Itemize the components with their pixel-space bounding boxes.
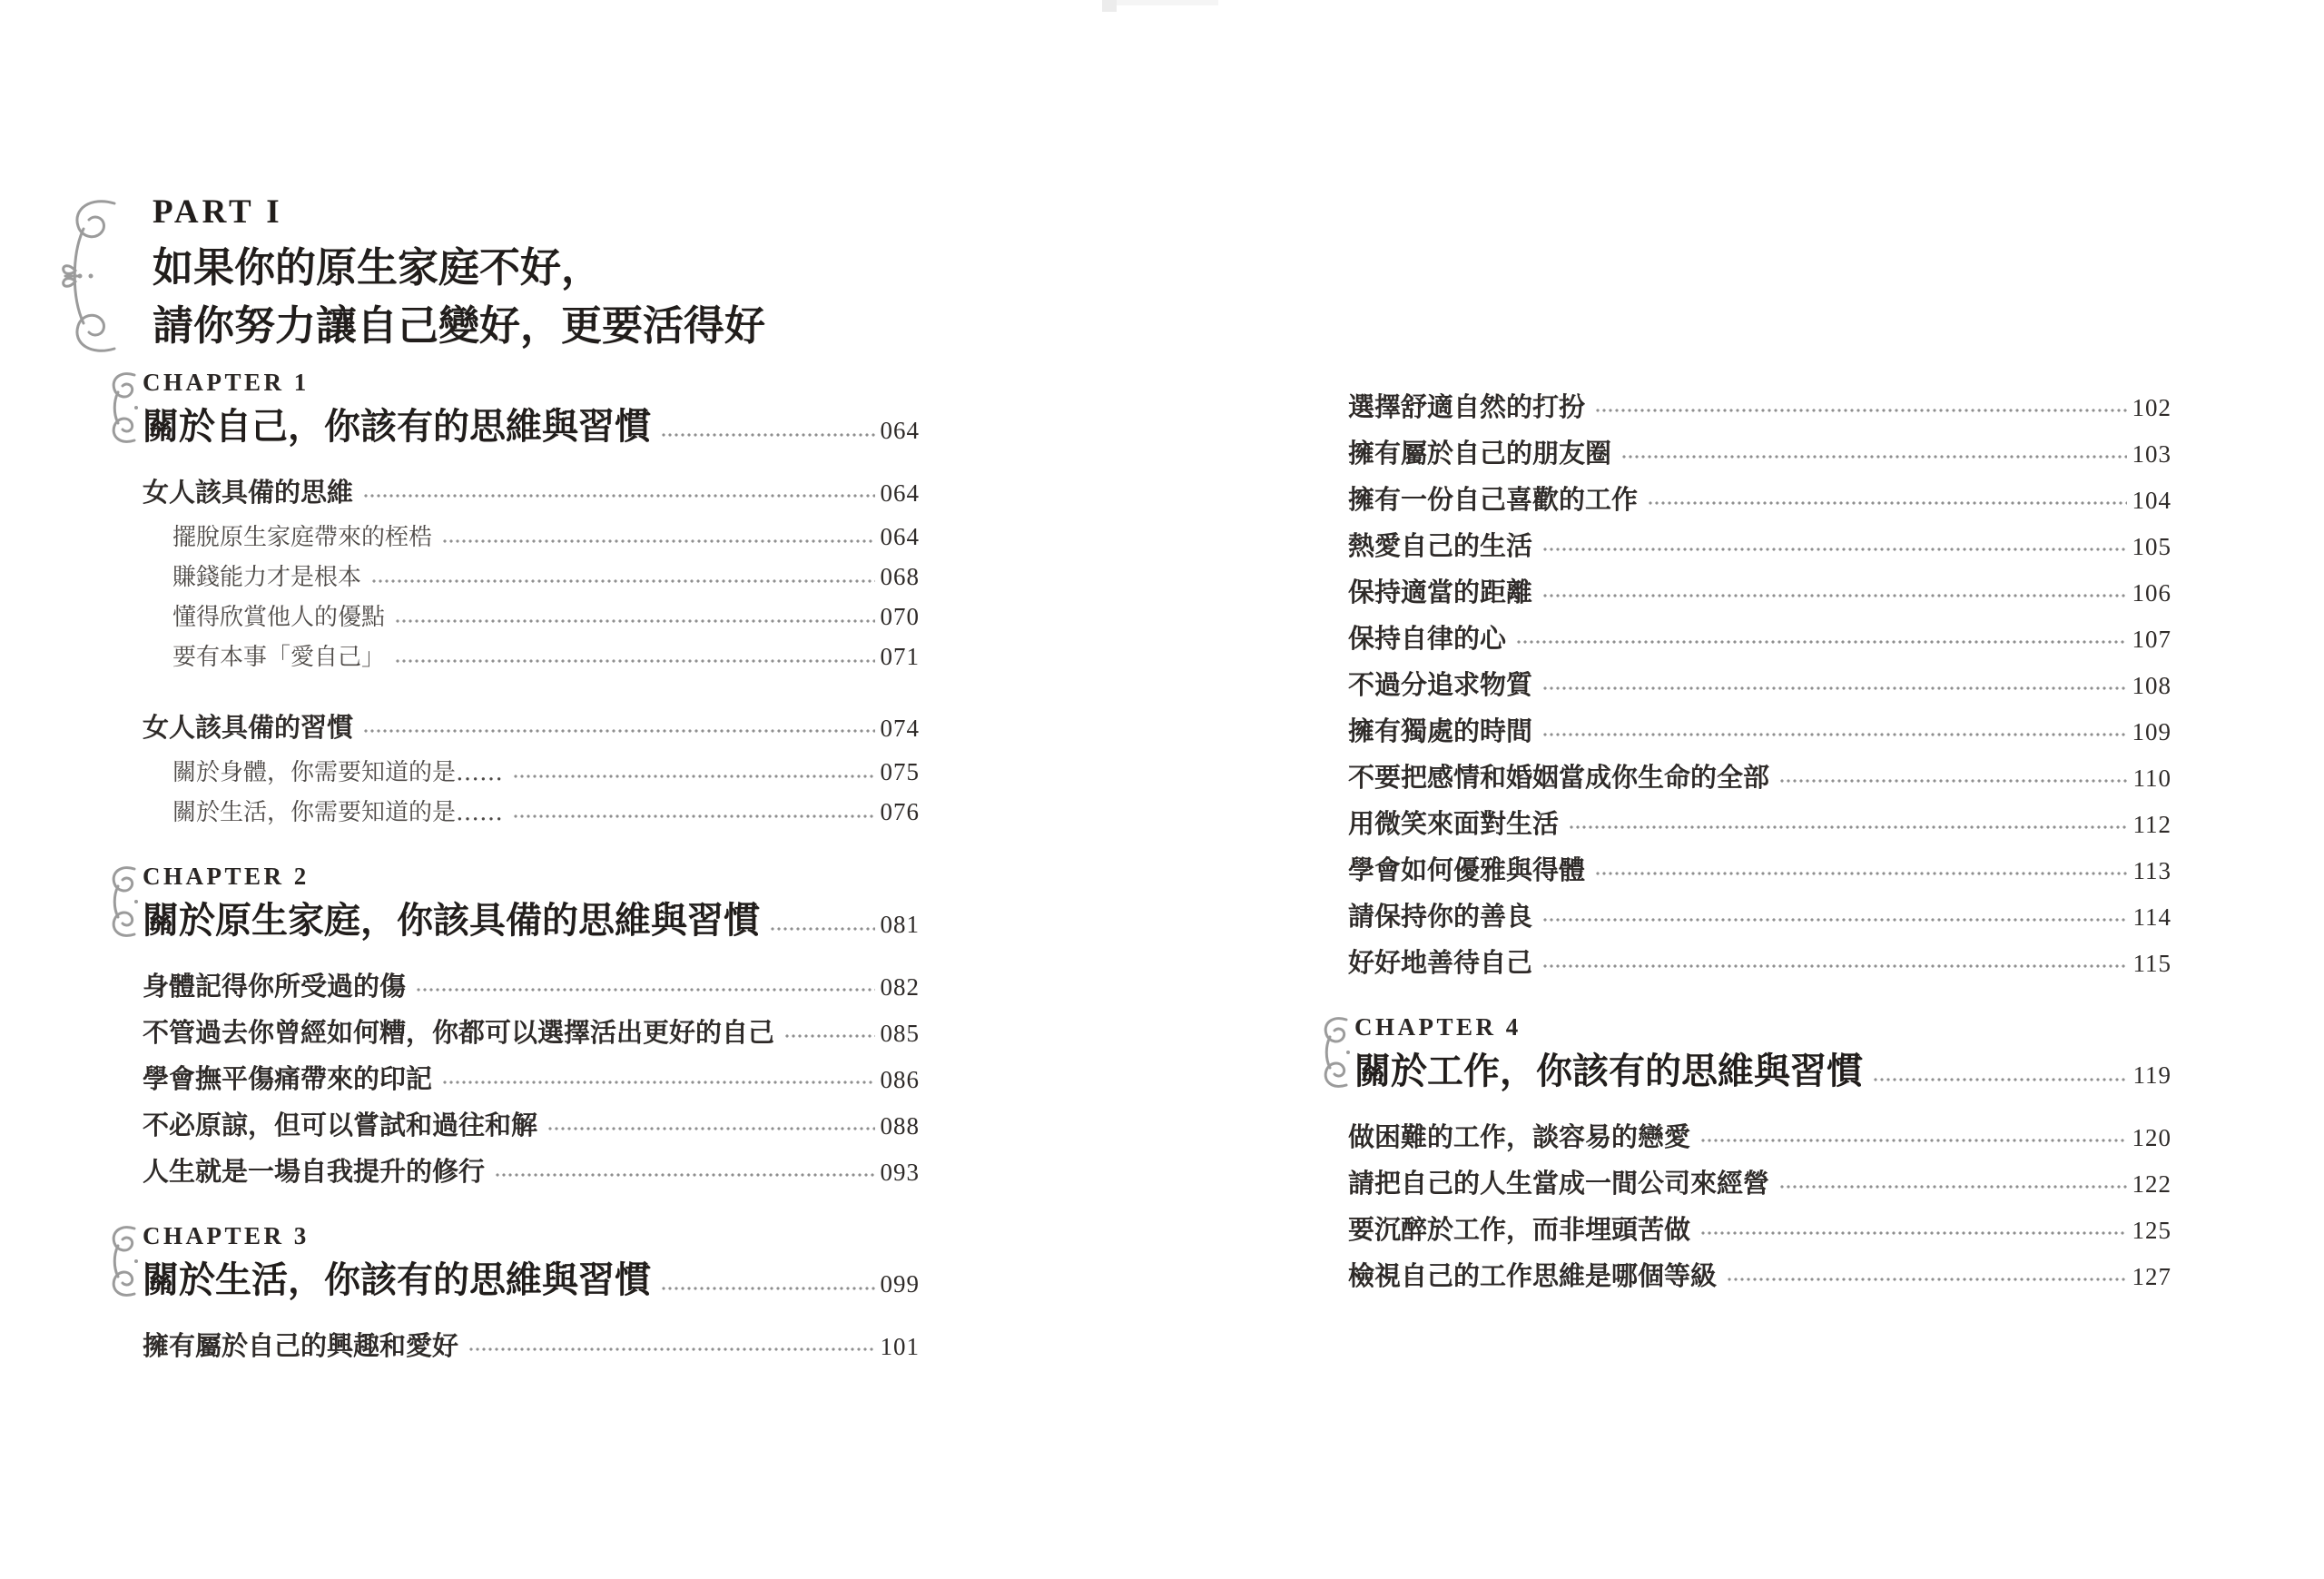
toc-entry: 做困難的工作，談容易的戀愛 120 (1321, 1120, 2171, 1153)
toc-entry-title: 不必原諒，但可以嘗試和過往和解 (143, 1109, 537, 1141)
chapter-ornament-icon (1321, 1015, 1354, 1095)
page-number: 114 (2133, 903, 2172, 932)
toc-entry-title: 學會如何優雅與得體 (1348, 854, 1585, 886)
chapter-label: CHAPTER 4 (1354, 1012, 2171, 1042)
page-number: 122 (2132, 1170, 2172, 1199)
toc-entry-title: 保持適當的距離 (1348, 576, 1532, 608)
toc-entry: 賺錢能力才是根本 068 (109, 562, 920, 593)
page-number: 105 (2132, 533, 2172, 561)
chapter-label: CHAPTER 1 (143, 367, 920, 398)
toc-entry: 女人該具備的思維 064 (109, 476, 920, 508)
toc-entry: 人生就是一場自我提升的修行 093 (109, 1155, 920, 1188)
toc-page: PART I 如果你的原生家庭不好， 請你努力讓自己變好，更要活得好 CHAPT… (0, 0, 2324, 1579)
toc-entry-title: 身體記得你所受過的傷 (143, 970, 406, 1002)
page-number: 120 (2132, 1124, 2172, 1152)
dotted-leader (785, 1034, 874, 1038)
dotted-leader (443, 1081, 874, 1084)
page-number: 082 (881, 973, 921, 1002)
toc-entry-title: 熱愛自己的生活 (1348, 529, 1532, 562)
dotted-leader (1570, 825, 2127, 829)
toc-entry: 檢視自己的工作思維是哪個等級 127 (1321, 1259, 2171, 1292)
chapter-ornament-icon (109, 370, 143, 450)
toc-chapter-entry: CHAPTER 2 關於原生家庭，你該具備的思維與習慣 081 (109, 861, 920, 944)
toc-entry: 懂得欣賞他人的優點 070 (109, 602, 920, 633)
toc-entry: 擁有獨處的時間 109 (1321, 715, 2171, 747)
dotted-leader (443, 539, 874, 543)
page-number: 064 (881, 479, 921, 508)
chapter-label: CHAPTER 2 (143, 861, 920, 892)
toc-entry-title: 選擇舒適自然的打扮 (1348, 390, 1585, 423)
part-title-line2: 請你努力讓自己變好，更要活得好 (153, 297, 765, 355)
toc-entry: 身體記得你所受過的傷 082 (109, 970, 920, 1002)
toc-entry-title: 要有本事「愛自己」 (172, 642, 385, 673)
dotted-leader (417, 988, 874, 992)
toc-entry-title: 檢視自己的工作思維是哪個等級 (1348, 1259, 1717, 1292)
dotted-leader (1780, 779, 2127, 783)
toc-entry-title: 懂得欣賞他人的優點 (172, 602, 385, 633)
toc-entry: 擺脫原生家庭帶來的桎梏 064 (109, 522, 920, 553)
dotted-leader (662, 433, 875, 437)
chapter-ornament-icon (109, 1224, 143, 1304)
toc-column-right: 選擇舒適自然的打扮 102 擁有屬於自己的朋友圈 103 擁有一份自己喜歡的工作… (1321, 390, 2171, 1306)
part-label: PART I (153, 192, 765, 232)
page-number: 064 (881, 523, 921, 551)
dotted-leader (548, 1127, 874, 1130)
page-number: 107 (2132, 626, 2172, 654)
page-number: 075 (881, 758, 921, 786)
toc-entry-title: 保持自律的心 (1348, 622, 1506, 655)
page-number: 088 (881, 1112, 921, 1140)
toc-chapter-entry: CHAPTER 4 關於工作，你該有的思維與習慣 119 (1321, 1012, 2171, 1095)
page-number: 110 (2133, 765, 2172, 793)
page-number: 108 (2132, 672, 2172, 700)
page-number: 081 (881, 911, 921, 939)
toc-entry: 學會如何優雅與得體 113 (1321, 854, 2171, 886)
toc-entry-title: 關於身體，你需要知道的是…… (172, 757, 503, 788)
chapter-label: CHAPTER 3 (143, 1220, 920, 1251)
toc-entry: 熱愛自己的生活 105 (1321, 529, 2171, 562)
toc-entry: 選擇舒適自然的打扮 102 (1321, 390, 2171, 423)
page-number: 064 (881, 417, 921, 445)
toc-entry: 學會撫平傷痛帶來的印記 086 (109, 1062, 920, 1095)
dotted-leader (1517, 640, 2126, 644)
chapter-title: 關於工作，你該有的思維與習慣 (1354, 1048, 1863, 1095)
page-number: 119 (2133, 1061, 2172, 1090)
dotted-leader (364, 494, 874, 498)
page-number: 125 (2132, 1217, 2172, 1245)
dotted-leader (1596, 872, 2127, 875)
page-number: 099 (881, 1270, 921, 1298)
page-number: 115 (2133, 950, 2172, 978)
dotted-leader (396, 619, 874, 623)
part-title: 如果你的原生家庭不好， 請你努力讓自己變好，更要活得好 (153, 239, 765, 356)
toc-entry-title: 擁有屬於自己的朋友圈 (1348, 437, 1611, 469)
toc-entry: 請保持你的善良 114 (1321, 900, 2171, 933)
chapter-ornament-icon (109, 864, 143, 944)
scan-artifact (1117, 0, 1218, 5)
dotted-leader (1543, 964, 2127, 968)
toc-entry: 擁有一份自己喜歡的工作 104 (1321, 483, 2171, 516)
toc-entry-title: 不過分追求物質 (1348, 668, 1532, 701)
part-heading-block: PART I 如果你的原生家庭不好， 請你努力讓自己變好，更要活得好 (60, 192, 765, 358)
dotted-leader (1543, 918, 2127, 922)
dotted-leader (1622, 455, 2126, 459)
toc-entry: 關於身體，你需要知道的是…… 075 (109, 757, 920, 788)
page-number: 085 (881, 1020, 921, 1048)
page-number: 112 (2133, 811, 2172, 839)
dotted-leader (1543, 686, 2126, 690)
page-number: 104 (2132, 487, 2172, 515)
toc-entry-title: 擁有一份自己喜歡的工作 (1348, 483, 1638, 516)
toc-entry-title: 請保持你的善良 (1348, 900, 1532, 933)
toc-entry-title: 女人該具備的習慣 (143, 711, 353, 744)
dotted-leader (1728, 1278, 2126, 1281)
toc-entry-title: 擺脫原生家庭帶來的桎梏 (172, 522, 432, 553)
toc-entry: 用微笑來面對生活 112 (1321, 807, 2171, 840)
dotted-leader (396, 659, 874, 663)
toc-chapter-entry: CHAPTER 3 關於生活，你該有的思維與習慣 099 (109, 1220, 920, 1304)
flourish-ornament-icon (60, 198, 125, 358)
dotted-leader (364, 729, 874, 733)
toc-entry-title: 學會撫平傷痛帶來的印記 (143, 1062, 432, 1095)
toc-entry: 保持自律的心 107 (1321, 622, 2171, 655)
toc-entry-title: 賺錢能力才是根本 (172, 562, 361, 593)
dotted-leader (1543, 548, 2126, 551)
page-number: 068 (881, 563, 921, 591)
dotted-leader (1543, 733, 2126, 736)
dotted-leader (1701, 1231, 2126, 1235)
dotted-leader (1649, 501, 2126, 505)
page-number: 076 (881, 798, 921, 826)
toc-entry: 請把自己的人生當成一間公司來經營 122 (1321, 1167, 2171, 1199)
toc-entry-title: 關於生活，你需要知道的是…… (172, 797, 503, 828)
page-number: 071 (881, 643, 921, 671)
dotted-leader (771, 927, 875, 931)
dotted-leader (514, 775, 874, 778)
page-number: 102 (2132, 394, 2172, 422)
page-number: 093 (881, 1159, 921, 1187)
dotted-leader (1701, 1139, 2126, 1142)
dotted-leader (662, 1287, 875, 1290)
dotted-leader (469, 1347, 874, 1351)
toc-entry-title: 女人該具備的思維 (143, 476, 353, 508)
toc-entry: 關於生活，你需要知道的是…… 076 (109, 797, 920, 828)
chapter-title: 關於原生家庭，你該具備的思維與習慣 (143, 897, 760, 944)
toc-entry-title: 要沉醉於工作，而非埋頭苦做 (1348, 1213, 1690, 1246)
toc-entry-title: 不要把感情和婚姻當成你生命的全部 (1348, 761, 1769, 794)
chapter-title: 關於自己，你該有的思維與習慣 (143, 403, 651, 450)
toc-column-left: CHAPTER 1 關於自己，你該有的思維與習慣 064 女人該具備的思維 06… (109, 367, 920, 1376)
toc-entry-title: 請把自己的人生當成一間公司來經營 (1348, 1167, 1769, 1199)
scan-artifact (1102, 0, 1117, 12)
toc-entry-title: 用微笑來面對生活 (1348, 807, 1559, 840)
page-number: 086 (881, 1066, 921, 1094)
page-number: 106 (2132, 579, 2172, 607)
toc-entry: 擁有屬於自己的興趣和愛好 101 (109, 1329, 920, 1362)
toc-entry: 要有本事「愛自己」 071 (109, 642, 920, 673)
toc-entry: 女人該具備的習慣 074 (109, 711, 920, 744)
part-title-line1: 如果你的原生家庭不好， (153, 239, 765, 297)
toc-entry: 不要把感情和婚姻當成你生命的全部 110 (1321, 761, 2171, 794)
page-number: 101 (881, 1333, 921, 1361)
page-number: 074 (881, 715, 921, 743)
toc-entry-title: 不管過去你曾經如何糟，你都可以選擇活出更好的自己 (143, 1016, 774, 1049)
dotted-leader (496, 1173, 874, 1177)
toc-entry: 好好地善待自己 115 (1321, 946, 2171, 979)
page-number: 070 (881, 603, 921, 631)
page-number: 113 (2133, 857, 2172, 885)
dotted-leader (1780, 1185, 2126, 1189)
toc-entry-title: 擁有獨處的時間 (1348, 715, 1532, 747)
dotted-leader (514, 814, 874, 818)
page-number: 109 (2132, 718, 2172, 746)
dotted-leader (1874, 1078, 2128, 1081)
toc-entry: 不必原諒，但可以嘗試和過往和解 088 (109, 1109, 920, 1141)
page-number: 103 (2132, 440, 2172, 469)
toc-entry: 保持適當的距離 106 (1321, 576, 2171, 608)
dotted-leader (1596, 409, 2126, 412)
dotted-leader (1543, 594, 2126, 597)
toc-entry-title: 人生就是一場自我提升的修行 (143, 1155, 485, 1188)
page-number: 127 (2132, 1263, 2172, 1291)
toc-entry: 不過分追求物質 108 (1321, 668, 2171, 701)
dotted-leader (372, 579, 874, 583)
toc-entry-title: 做困難的工作，談容易的戀愛 (1348, 1120, 1690, 1153)
toc-entry: 擁有屬於自己的朋友圈 103 (1321, 437, 2171, 469)
chapter-title: 關於生活，你該有的思維與習慣 (143, 1257, 651, 1304)
toc-entry-title: 擁有屬於自己的興趣和愛好 (143, 1329, 458, 1362)
toc-chapter-entry: CHAPTER 1 關於自己，你該有的思維與習慣 064 (109, 367, 920, 450)
toc-entry-title: 好好地善待自己 (1348, 946, 1532, 979)
toc-entry: 不管過去你曾經如何糟，你都可以選擇活出更好的自己 085 (109, 1016, 920, 1049)
toc-entry: 要沉醉於工作，而非埋頭苦做 125 (1321, 1213, 2171, 1246)
